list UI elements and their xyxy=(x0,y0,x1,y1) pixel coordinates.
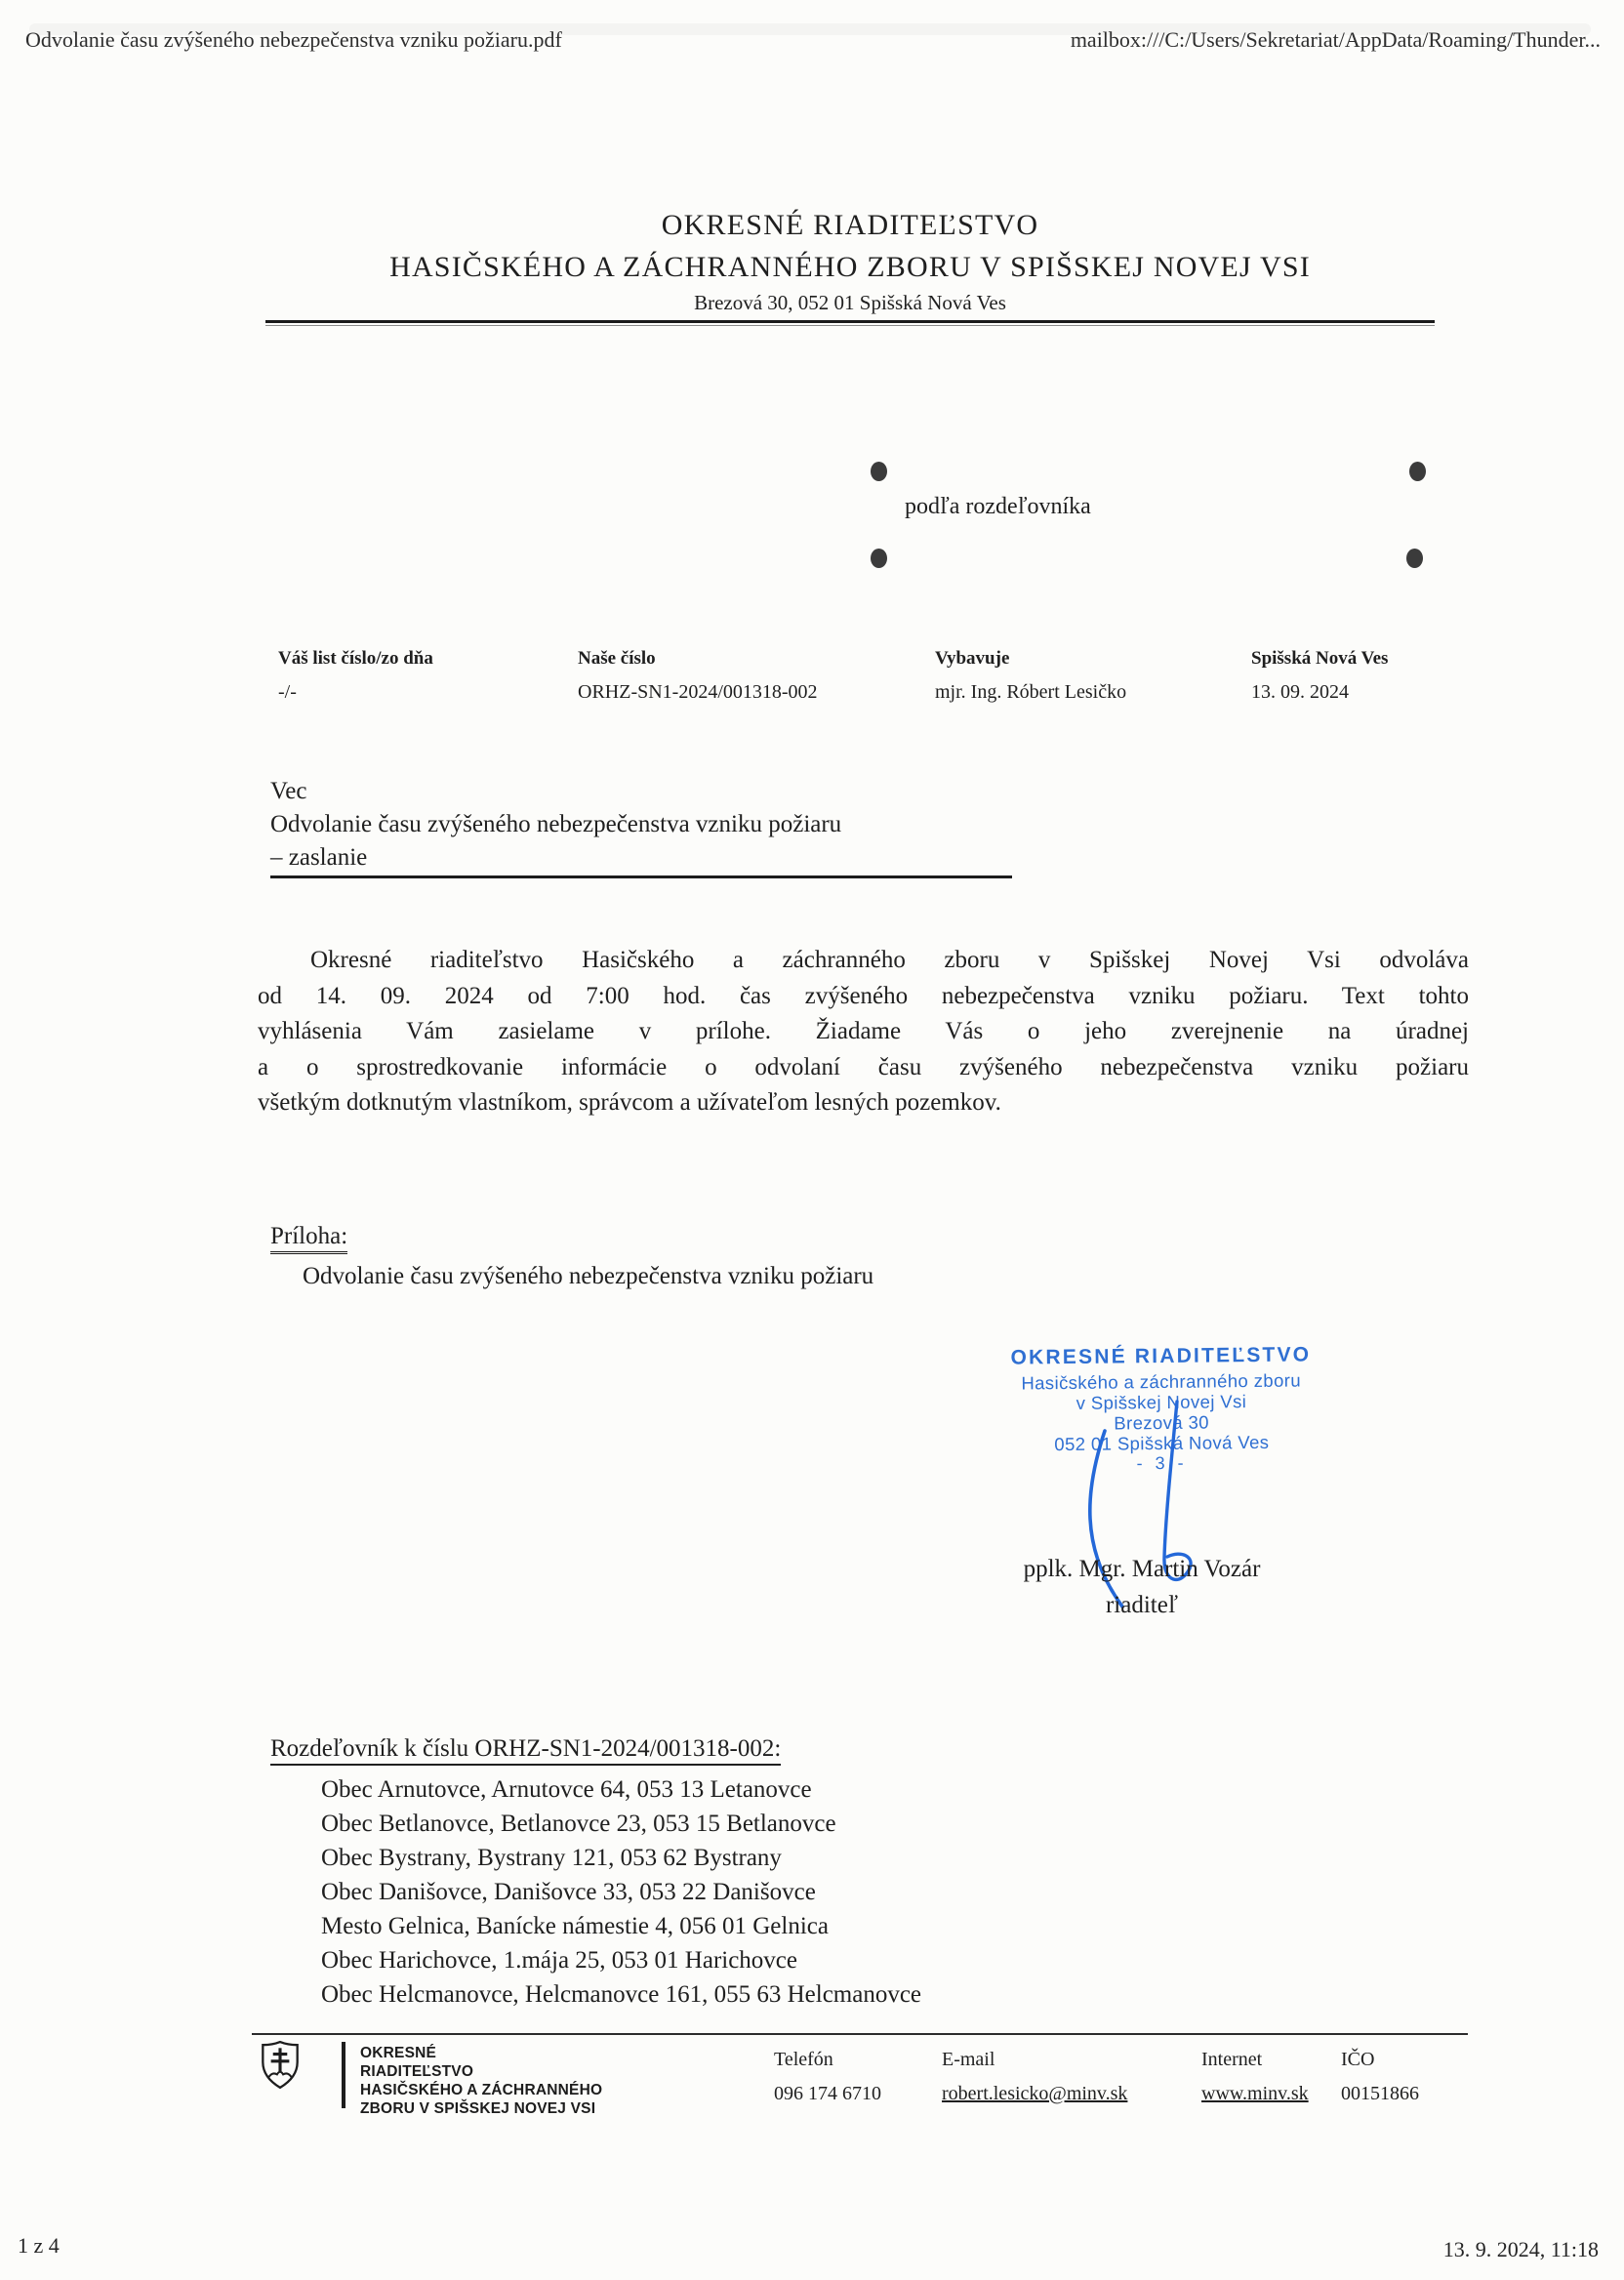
pdf-filename: Odvolanie času zvýšeného nebezpečenstva … xyxy=(25,27,562,53)
scanned-letter-page: Odvolanie času zvýšeného nebezpečenstva … xyxy=(0,0,1624,2280)
body-line: vyhlásenia Vám zasielame v prílohe. Žiad… xyxy=(258,1014,1469,1050)
footer-org-line: HASIČSKÉHO A ZÁCHRANNÉHO xyxy=(360,2081,602,2099)
subject-block: Vec Odvolanie času zvýšeného nebezpečens… xyxy=(270,775,841,875)
reference-label: Váš list číslo/zo dňa xyxy=(278,648,433,670)
reference-column-handled-by: Vybavuje mjr. Ing. Róbert Lesičko xyxy=(935,648,1126,704)
footer-rule xyxy=(252,2033,1468,2035)
distribution-item: Obec Arnutovce, Arnutovce 64, 053 13 Let… xyxy=(321,1772,921,1807)
fold-mark-dot xyxy=(871,549,887,568)
reference-value: 13. 09. 2024 xyxy=(1251,681,1388,704)
signer-name: pplk. Mgr. Martin Vozár xyxy=(976,1556,1308,1583)
distribution-item: Obec Betlanovce, Betlanovce 23, 053 15 B… xyxy=(321,1807,921,1841)
reference-column-our-ref: Naše číslo ORHZ-SN1-2024/001318-002 xyxy=(578,648,818,704)
footer-org-line: ZBORU V SPIŠSKEJ NOVEJ VSI xyxy=(360,2099,602,2118)
distribution-list: Rozdeľovník k číslu ORHZ-SN1-2024/001318… xyxy=(270,1735,921,2012)
letterhead-address: Brezová 30, 052 01 Spišská Nová Ves xyxy=(265,291,1435,315)
letterhead-org-line1: OKRESNÉ RIADITEĽSTVO xyxy=(265,209,1435,242)
print-timestamp: 13. 9. 2024, 11:18 xyxy=(1443,2237,1599,2262)
body-line: Okresné riaditeľstvo Hasičského a záchra… xyxy=(258,943,1469,979)
footer-label: IČO xyxy=(1341,2049,1419,2071)
footer-logo-divider xyxy=(342,2042,345,2108)
fold-mark-dot xyxy=(871,462,887,481)
letter-body: Okresné riaditeľstvo Hasičského a záchra… xyxy=(258,943,1469,1121)
body-line: a o sprostredkovanie informácie o odvola… xyxy=(258,1050,1469,1086)
distribution-item: Mesto Gelnica, Banícke námestie 4, 056 0… xyxy=(321,1909,921,1943)
letterhead: OKRESNÉ RIADITEĽSTVO HASIČSKÉHO A ZÁCHRA… xyxy=(265,209,1435,326)
recipient-note: podľa rozdeľovníka xyxy=(905,494,1091,520)
subject-underline xyxy=(270,875,1012,878)
page-number: 1 z 4 xyxy=(18,2233,60,2259)
fold-mark-dot xyxy=(1409,462,1426,481)
body-line: všetkým dotknutým vlastníkom, správcom a… xyxy=(258,1085,1469,1121)
distribution-items: Obec Arnutovce, Arnutovce 64, 053 13 Let… xyxy=(270,1772,921,2012)
footer-org-line: RIADITEĽSTVO xyxy=(360,2062,602,2081)
reference-value: ORHZ-SN1-2024/001318-002 xyxy=(578,681,818,704)
footer-phone: Telefón 096 174 6710 xyxy=(774,2049,881,2105)
distribution-item: Obec Danišovce, Danišovce 33, 053 22 Dan… xyxy=(321,1875,921,1909)
signer-block: pplk. Mgr. Martin Vozár riaditeľ xyxy=(976,1556,1308,1619)
footer-email-value: robert.lesicko@minv.sk xyxy=(942,2083,1127,2105)
signer-title: riaditeľ xyxy=(976,1592,1308,1619)
footer-website: Internet www.minv.sk xyxy=(1201,2049,1309,2105)
reference-label: Naše číslo xyxy=(578,648,818,670)
reference-label: Spišská Nová Ves xyxy=(1251,648,1388,670)
footer-company-id-value: 00151866 xyxy=(1341,2083,1419,2105)
footer-company-id: IČO 00151866 xyxy=(1341,2049,1419,2105)
mailbox-source-url: mailbox:///C:/Users/Sekretariat/AppData/… xyxy=(1071,27,1601,53)
subject-line2: – zaslanie xyxy=(270,841,841,875)
stamp-line: Hasičského a záchranného zboru xyxy=(994,1369,1329,1394)
letterhead-org-line2: HASIČSKÉHO A ZÁCHRANNÉHO ZBORU V SPIŠSKE… xyxy=(265,251,1435,284)
footer-email: E-mail robert.lesicko@minv.sk xyxy=(942,2049,1127,2105)
reference-value: -/- xyxy=(278,681,433,704)
fold-mark-dot xyxy=(1406,549,1423,568)
footer-label: Telefón xyxy=(774,2049,881,2071)
subject-label: Vec xyxy=(270,775,841,808)
reference-label: Vybavuje xyxy=(935,648,1126,670)
distribution-item: Obec Harichovce, 1.mája 25, 053 01 Haric… xyxy=(321,1943,921,1977)
print-header: Odvolanie času zvýšeného nebezpečenstva … xyxy=(25,27,1601,53)
body-line: od 14. 09. 2024 od 7:00 hod. čas zvýšené… xyxy=(258,979,1469,1015)
footer-phone-value: 096 174 6710 xyxy=(774,2083,881,2105)
reference-column-your-ref: Váš list číslo/zo dňa -/- xyxy=(278,648,433,704)
attachment-item: Odvolanie času zvýšeného nebezpečenstva … xyxy=(270,1263,873,1290)
reference-column-place-date: Spišská Nová Ves 13. 09. 2024 xyxy=(1251,648,1388,704)
attachment-block: Príloha: Odvolanie času zvýšeného nebezp… xyxy=(270,1223,873,1290)
footer-label: Internet xyxy=(1201,2049,1309,2071)
reference-value: mjr. Ing. Róbert Lesičko xyxy=(935,681,1126,704)
footer-website-value: www.minv.sk xyxy=(1201,2083,1309,2105)
distribution-item: Obec Bystrany, Bystrany 121, 053 62 Byst… xyxy=(321,1841,921,1875)
subject-line1: Odvolanie času zvýšeného nebezpečenstva … xyxy=(270,808,841,841)
distribution-heading: Rozdeľovník k číslu ORHZ-SN1-2024/001318… xyxy=(270,1735,781,1766)
slovak-coat-of-arms-icon xyxy=(260,2040,301,2091)
footer-label: E-mail xyxy=(942,2049,1127,2071)
letterhead-rule xyxy=(265,320,1435,326)
footer-org-line: OKRESNÉ xyxy=(360,2044,602,2062)
stamp-line: OKRESNÉ RIADITEĽSTVO xyxy=(993,1343,1328,1370)
attachment-label: Príloha: xyxy=(270,1223,347,1254)
distribution-item: Obec Helcmanovce, Helcmanovce 161, 055 6… xyxy=(321,1977,921,2012)
footer-org-name: OKRESNÉ RIADITEĽSTVO HASIČSKÉHO A ZÁCHRA… xyxy=(360,2044,602,2118)
